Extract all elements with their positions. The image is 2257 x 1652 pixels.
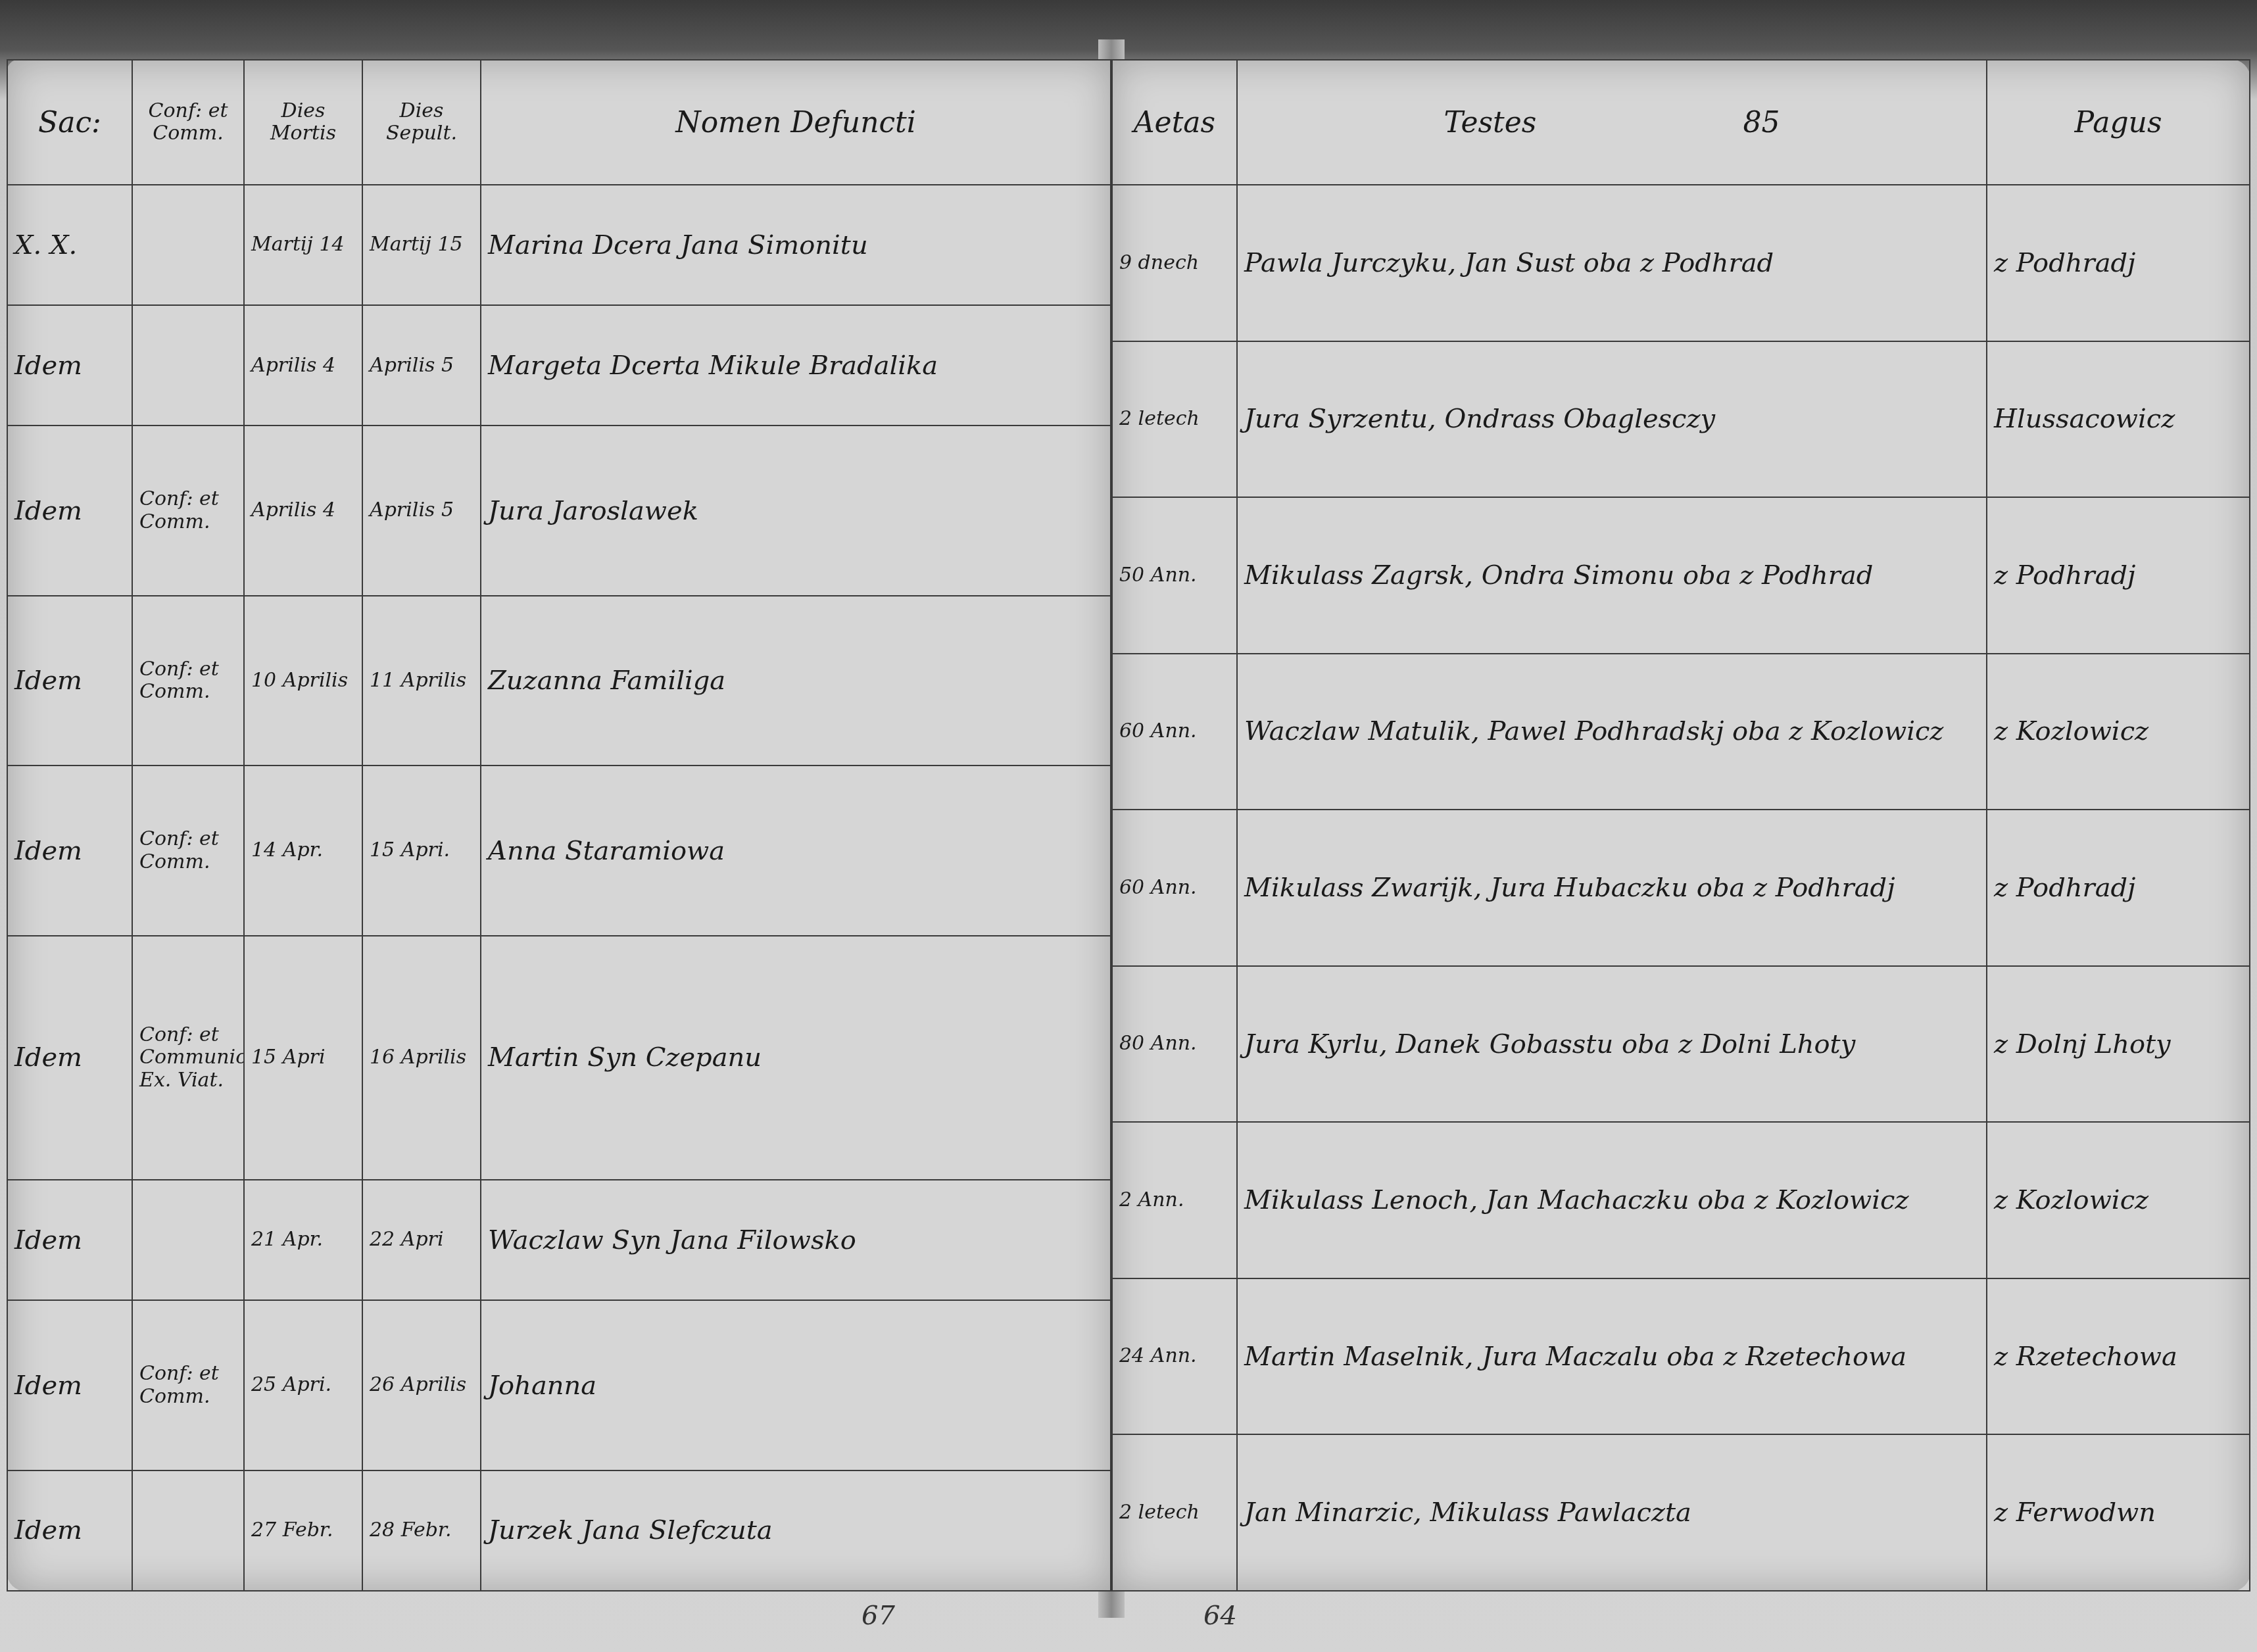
confessio-cell — [132, 305, 244, 425]
sacerdos-cell: Idem — [7, 936, 132, 1180]
witness-row: 24 Ann.Martin Maselnik, Jura Maczalu oba… — [1112, 1278, 2250, 1435]
confessio-cell: Conf: et Comm. — [132, 596, 244, 765]
aetas-cell: 2 letech — [1112, 1434, 1237, 1591]
pagus-cell: z Podhradj — [1987, 185, 2250, 341]
testes-cell: Mikulass Lenoch, Jan Machaczku oba z Koz… — [1237, 1122, 1987, 1278]
dies-sepult-cell: 22 Apri — [362, 1180, 481, 1300]
sacerdos-cell: Idem — [7, 765, 132, 935]
right-page: Aetas Testes 85 Pagus 9 dnechPawla Jurcz… — [1111, 59, 2250, 1591]
register-row: IdemAprilis 4Aprilis 5Margeta Dcerta Mik… — [7, 305, 1111, 425]
col-dies-mortis: Dies Mortis — [244, 60, 362, 185]
register-row: Idem21 Apr.22 ApriWaczlaw Syn Jana Filow… — [7, 1180, 1111, 1300]
witness-table: Aetas Testes 85 Pagus 9 dnechPawla Jurcz… — [1111, 59, 2250, 1591]
testes-cell: Mikulass Zwarijk, Jura Hubaczku oba z Po… — [1237, 810, 1987, 966]
register-book: Sac: Conf: et Comm. Dies Mortis Dies Sep… — [0, 0, 2257, 1652]
dies-mortis-cell: 21 Apr. — [244, 1180, 362, 1300]
pagus-cell: z Dolnj Lhoty — [1987, 966, 2250, 1123]
aetas-cell: 2 letech — [1112, 341, 1237, 498]
col-nomen-defuncti: Nomen Defuncti — [481, 60, 1111, 185]
pagus-cell: z Ferwodwn — [1987, 1434, 2250, 1591]
sacerdos-cell: Idem — [7, 305, 132, 425]
register-row: X. X.Martij 14Martij 15Marina Dcera Jana… — [7, 185, 1111, 305]
nomen-cell: Jura Jaroslawek — [481, 425, 1111, 595]
col-dies-sepult: Dies Sepult. — [362, 60, 481, 185]
dies-sepult-cell: 15 Apri. — [362, 765, 481, 935]
col-pagus: Pagus — [1987, 60, 2250, 185]
dies-mortis-cell: 27 Febr. — [244, 1470, 362, 1591]
dies-sepult-cell: Aprilis 5 — [362, 425, 481, 595]
nomen-cell: Martin Syn Czepanu — [481, 936, 1111, 1180]
testes-label: Testes — [1444, 106, 1537, 139]
register-row: IdemConf: et Comm.25 Apri.26 AprilisJoha… — [7, 1300, 1111, 1470]
witness-row: 60 Ann.Waczlaw Matulik, Pawel Podhradskj… — [1112, 654, 2250, 810]
nomen-cell: Anna Staramiowa — [481, 765, 1111, 935]
sacerdos-cell: Idem — [7, 425, 132, 595]
testes-cell: Mikulass Zagrsk, Ondra Simonu oba z Podh… — [1237, 497, 1987, 654]
header-row: Aetas Testes 85 Pagus — [1112, 60, 2250, 185]
dies-sepult-cell: 11 Aprilis — [362, 596, 481, 765]
nomen-cell: Jurzek Jana Slefczuta — [481, 1470, 1111, 1591]
page-number: 64 — [1203, 1601, 1237, 1631]
sacerdos-cell: Idem — [7, 1180, 132, 1300]
pagus-cell: Hlussacowicz — [1987, 341, 2250, 498]
witness-row: 9 dnechPawla Jurczyku, Jan Sust oba z Po… — [1112, 185, 2250, 341]
nomen-cell: Waczlaw Syn Jana Filowsko — [481, 1180, 1111, 1300]
register-row: IdemConf: et Communicatum Ex. Viat.15 Ap… — [7, 936, 1111, 1180]
dies-mortis-cell: 25 Apri. — [244, 1300, 362, 1470]
witness-row: 2 Ann.Mikulass Lenoch, Jan Machaczku oba… — [1112, 1122, 2250, 1278]
aetas-cell: 9 dnech — [1112, 185, 1237, 341]
dies-mortis-cell: 10 Aprilis — [244, 596, 362, 765]
pagus-cell: z Podhradj — [1987, 497, 2250, 654]
testes-cell: Jura Syrzentu, Ondrass Obaglesczy — [1237, 341, 1987, 498]
nomen-cell: Margeta Dcerta Mikule Bradalika — [481, 305, 1111, 425]
sacerdos-cell: Idem — [7, 1300, 132, 1470]
sacerdos-cell: Idem — [7, 596, 132, 765]
confessio-cell: Conf: et Comm. — [132, 425, 244, 595]
dies-mortis-cell: Aprilis 4 — [244, 305, 362, 425]
header-row: Sac: Conf: et Comm. Dies Mortis Dies Sep… — [7, 60, 1111, 185]
confessio-cell — [132, 1180, 244, 1300]
dies-mortis-cell: Aprilis 4 — [244, 425, 362, 595]
left-page: Sac: Conf: et Comm. Dies Mortis Dies Sep… — [7, 59, 1111, 1591]
col-testes: Testes 85 — [1237, 60, 1987, 185]
register-row: IdemConf: et Comm.Aprilis 4Aprilis 5Jura… — [7, 425, 1111, 595]
dies-sepult-cell: 26 Aprilis — [362, 1300, 481, 1470]
nomen-cell: Zuzanna Familiga — [481, 596, 1111, 765]
testes-cell: Jura Kyrlu, Danek Gobasstu oba z Dolni L… — [1237, 966, 1987, 1123]
dies-sepult-cell: Martij 15 — [362, 185, 481, 305]
col-sacerdos: Sac: — [7, 60, 132, 185]
register-row: Idem27 Febr.28 Febr.Jurzek Jana Slefczut… — [7, 1470, 1111, 1591]
aetas-cell: 24 Ann. — [1112, 1278, 1237, 1435]
testes-cell: Waczlaw Matulik, Pawel Podhradskj oba z … — [1237, 654, 1987, 810]
confessio-cell: Conf: et Comm. — [132, 765, 244, 935]
aetas-cell: 2 Ann. — [1112, 1122, 1237, 1278]
testes-cell: Martin Maselnik, Jura Maczalu oba z Rzet… — [1237, 1278, 1987, 1435]
dies-mortis-cell: 14 Apr. — [244, 765, 362, 935]
register-row: IdemConf: et Comm.14 Apr.15 Apri.Anna St… — [7, 765, 1111, 935]
folio-number: 85 — [1743, 106, 1780, 139]
confessio-cell: Conf: et Communicatum Ex. Viat. — [132, 936, 244, 1180]
aetas-cell: 50 Ann. — [1112, 497, 1237, 654]
pagus-cell: z Podhradj — [1987, 810, 2250, 966]
register-row: IdemConf: et Comm.10 Aprilis11 AprilisZu… — [7, 596, 1111, 765]
nomen-cell: Marina Dcera Jana Simonitu — [481, 185, 1111, 305]
testes-cell: Jan Minarzic, Mikulass Pawlaczta — [1237, 1434, 1987, 1591]
confessio-cell — [132, 185, 244, 305]
col-aetas: Aetas — [1112, 60, 1237, 185]
pagus-cell: z Kozlowicz — [1987, 654, 2250, 810]
witness-row: 50 Ann.Mikulass Zagrsk, Ondra Simonu oba… — [1112, 497, 2250, 654]
col-confessio: Conf: et Comm. — [132, 60, 244, 185]
witness-row: 80 Ann.Jura Kyrlu, Danek Gobasstu oba z … — [1112, 966, 2250, 1123]
dies-mortis-cell: 15 Apri — [244, 936, 362, 1180]
confessio-cell: Conf: et Comm. — [132, 1300, 244, 1470]
testes-cell: Pawla Jurczyku, Jan Sust oba z Podhrad — [1237, 185, 1987, 341]
witness-row: 2 letechJura Syrzentu, Ondrass Obaglescz… — [1112, 341, 2250, 498]
dies-sepult-cell: 28 Febr. — [362, 1470, 481, 1591]
dies-sepult-cell: 16 Aprilis — [362, 936, 481, 1180]
nomen-cell: Johanna — [481, 1300, 1111, 1470]
death-register-table: Sac: Conf: et Comm. Dies Mortis Dies Sep… — [7, 59, 1111, 1591]
witness-row: 2 letechJan Minarzic, Mikulass Pawlaczta… — [1112, 1434, 2250, 1591]
aetas-cell: 80 Ann. — [1112, 966, 1237, 1123]
page-number: 67 — [862, 1601, 895, 1631]
dies-mortis-cell: Martij 14 — [244, 185, 362, 305]
witness-row: 60 Ann.Mikulass Zwarijk, Jura Hubaczku o… — [1112, 810, 2250, 966]
aetas-cell: 60 Ann. — [1112, 810, 1237, 966]
pagus-cell: z Rzetechowa — [1987, 1278, 2250, 1435]
pagus-cell: z Kozlowicz — [1987, 1122, 2250, 1278]
dies-sepult-cell: Aprilis 5 — [362, 305, 481, 425]
sacerdos-cell: Idem — [7, 1470, 132, 1591]
aetas-cell: 60 Ann. — [1112, 654, 1237, 810]
sacerdos-cell: X. X. — [7, 185, 132, 305]
confessio-cell — [132, 1470, 244, 1591]
